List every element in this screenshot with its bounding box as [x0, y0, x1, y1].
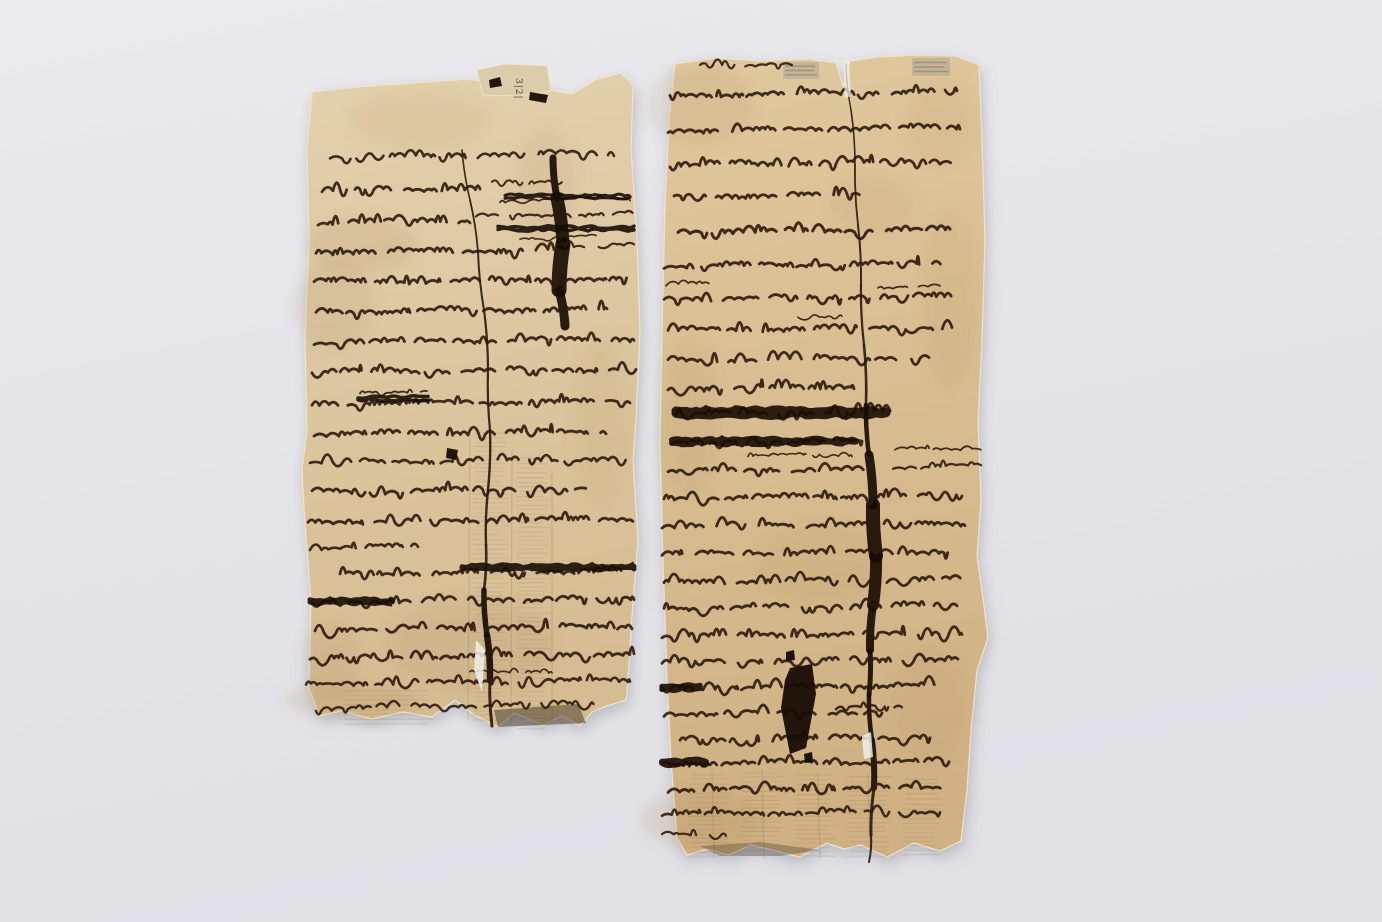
ink-crease — [870, 605, 873, 650]
printed-scrap-text: 3|2| — [513, 78, 523, 100]
stain — [905, 75, 975, 165]
ink-blot — [446, 448, 458, 460]
ink-crease — [873, 505, 876, 556]
manuscript-photo: 3|2| — [0, 0, 1382, 922]
stain — [350, 90, 490, 150]
strikethrough-scribble — [310, 599, 392, 604]
strikethrough-scribble — [676, 410, 886, 416]
strikethrough-scribble — [662, 759, 706, 765]
manuscript-fragment-right — [642, 55, 988, 862]
stain — [572, 335, 628, 505]
strikethrough-scribble — [672, 439, 856, 445]
stain — [830, 177, 914, 233]
stain — [645, 65, 755, 145]
page: { "meta": { "media": "photograph", "cont… — [0, 0, 1382, 922]
strikethrough-scribble — [505, 194, 630, 199]
strikethrough-scribble — [662, 685, 700, 690]
manuscript-fragment-left: 3|2| — [285, 64, 640, 729]
strikethrough-scribble — [498, 226, 634, 232]
photograph-stage: 3|2| — [0, 0, 1382, 922]
strikethrough-scribble — [462, 565, 634, 570]
stain — [294, 260, 374, 350]
stain — [922, 210, 978, 390]
stain — [755, 525, 885, 605]
ink-crease — [487, 635, 490, 680]
